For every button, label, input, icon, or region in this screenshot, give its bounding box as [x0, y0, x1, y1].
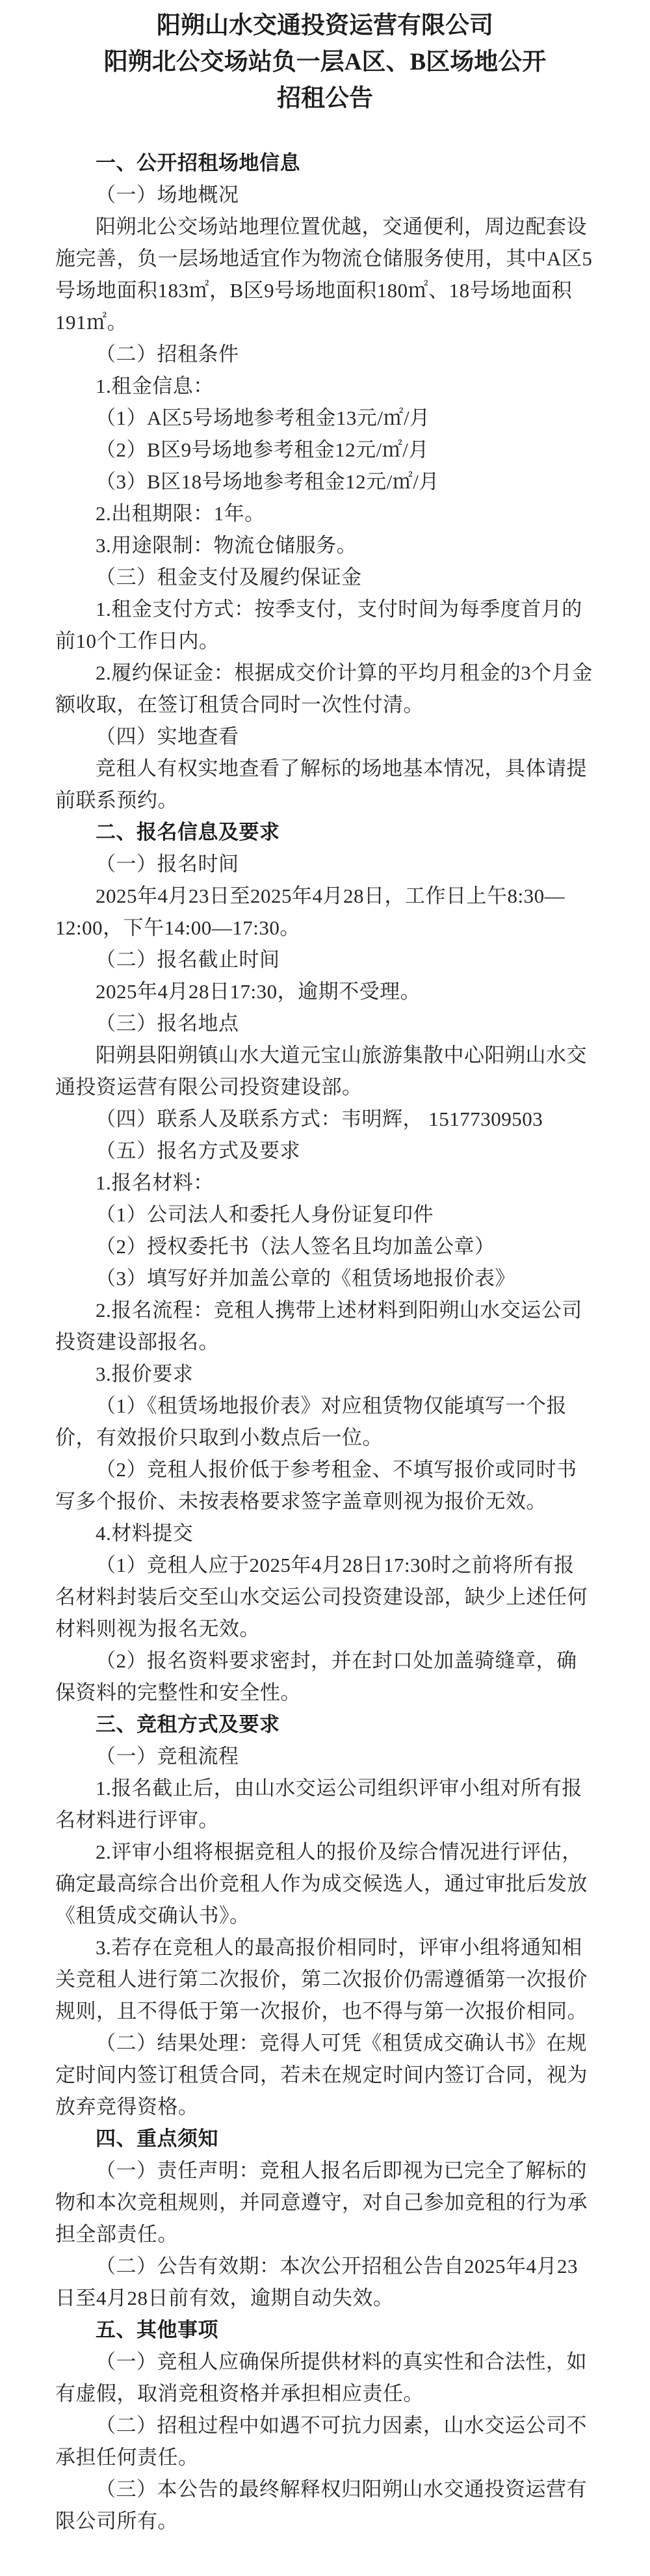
paragraph: （2）报名资料要求密封，并在封口处加盖骑缝章，确保资料的完整性和安全性。 [55, 1645, 595, 1708]
section-heading: 五、其他事项 [55, 2314, 595, 2346]
paragraph: （三）本公告的最终解释权归阳朔山水交通投资运营有限公司所有。 [55, 2473, 595, 2537]
paragraph: （3）B区18号场地参考租金12元/㎡/月 [55, 466, 595, 498]
paragraph: （1）公司法人和委托人身份证复印件 [55, 1199, 595, 1230]
paragraph: （2）授权委托书（法人签名且均加盖公章） [55, 1230, 595, 1262]
subsection-heading: （四）联系人及联系方式：韦明辉， 15177309503 [55, 1103, 595, 1135]
title-line-subject: 阳朔北公交场站负一层A区、B区场地公开 [55, 44, 595, 81]
paragraph: 2.履约保证金：根据成交价计算的平均月租金的3个月金额收取，在签订租赁合同时一次… [55, 657, 595, 721]
paragraph: （二）招租过程中如遇不可抗力因素，山水交运公司不承担任何责任。 [55, 2410, 595, 2473]
paragraph: 3.若存在竞租人的最高报价相同时，评审小组将通知相关竞租人进行第二次报价，第二次… [55, 1932, 595, 2027]
announcement-document: 阳朔山水交通投资运营有限公司 阳朔北公交场站负一层A区、B区场地公开 招租公告 … [0, 0, 650, 2576]
subsection-heading: （一）竞租流程 [55, 1740, 595, 1772]
paragraph: （1）《租赁场地报价表》对应租赁物仅能填写一个报价，有效报价只取到小数点后一位。 [55, 1390, 595, 1454]
paragraph: 2.评审小组将根据竞租人的报价及综合情况进行评估，确定最高综合出价竞租人作为成交… [55, 1836, 595, 1932]
document-title: 阳朔山水交通投资运营有限公司 阳朔北公交场站负一层A区、B区场地公开 招租公告 [55, 8, 595, 117]
paragraph: （2）竞租人报价低于参考租金、不填写报价或同时书写多个报价、未按表格要求签字盖章… [55, 1454, 595, 1517]
subsection-heading: （四）实地查看 [55, 721, 595, 752]
paragraph: （3）填写好并加盖公章的《租赁场地报价表》 [55, 1262, 595, 1294]
paragraph: 竞租人有权实地查看了解标的场地基本情况，具体请提前联系预约。 [55, 752, 595, 816]
paragraph: （一）竞租人应确保所提供材料的真实性和合法性，如有虚假，取消竞租资格并承担相应责… [55, 2346, 595, 2410]
paragraph: 1.报名截止后，由山水交运公司组织评审小组对所有报名材料进行评审。 [55, 1772, 595, 1836]
subsection-heading: （二）报名截止时间 [55, 944, 595, 976]
paragraph: 阳朔北公交场站地理位置优越，交通便利，周边配套设施完善，负一层场地适宜作为物流仓… [55, 211, 595, 338]
paragraph: （1）竞租人应于2025年4月28日17:30时之前将所有报名材料封装后交至山水… [55, 1549, 595, 1645]
section-heading: 四、重点须知 [55, 2123, 595, 2155]
paragraph: （一）责任声明：竞租人报名后即视为已完全了解标的物和本次竞租规则，并同意遵守，对… [55, 2155, 595, 2250]
paragraph: 3.用途限制：物流仓储服务。 [55, 529, 595, 561]
paragraph: （1）A区5号场地参考租金13元/㎡/月 [55, 402, 595, 434]
section-heading: 一、公开招租场地信息 [55, 147, 595, 179]
paragraph: 4.材料提交 [55, 1517, 595, 1549]
title-line-notice: 招租公告 [55, 81, 595, 117]
paragraph: 阳朔县阳朔镇山水大道元宝山旅游集散中心阳朔山水交通投资运营有限公司投资建设部。 [55, 1039, 595, 1103]
paragraph: 1.租金支付方式：按季支付，支付时间为每季度首月的前10个工作日内。 [55, 593, 595, 657]
paragraph: （二）结果处理：竞得人可凭《租赁成交确认书》在规定时间内签订租赁合同，若未在规定… [55, 2027, 595, 2123]
subsection-heading: （三）租金支付及履约保证金 [55, 561, 595, 593]
paragraph: 2.报名流程：竞租人携带上述材料到阳朔山水交运公司投资建设部报名。 [55, 1294, 595, 1358]
subsection-heading: （五）报名方式及要求 [55, 1135, 595, 1167]
paragraph: （2）B区9号场地参考租金12元/㎡/月 [55, 434, 595, 466]
subsection-heading: （一）报名时间 [55, 848, 595, 880]
paragraph: 3.报价要求 [55, 1358, 595, 1390]
subsection-heading: （三）报名地点 [55, 1007, 595, 1039]
paragraph: 1.租金信息： [55, 370, 595, 402]
paragraph: 1.报名材料： [55, 1167, 595, 1199]
subsection-heading: （二）招租条件 [55, 338, 595, 370]
title-line-company: 阳朔山水交通投资运营有限公司 [55, 8, 595, 44]
paragraph: 2025年4月23日至2025年4月28日，工作日上午8:30—12:00，下午… [55, 880, 595, 944]
paragraph: 2.出租期限：1年。 [55, 498, 595, 529]
section-heading: 二、报名信息及要求 [55, 816, 595, 848]
paragraph: 2025年4月28日17:30，逾期不受理。 [55, 976, 595, 1007]
subsection-heading: （一）场地概况 [55, 179, 595, 211]
section-heading: 三、竞租方式及要求 [55, 1708, 595, 1740]
document-body: 一、公开招租场地信息（一）场地概况阳朔北公交场站地理位置优越，交通便利，周边配套… [55, 147, 595, 2537]
paragraph: （二）公告有效期：本次公开招租公告自2025年4月23日至4月28日前有效，逾期… [55, 2250, 595, 2314]
